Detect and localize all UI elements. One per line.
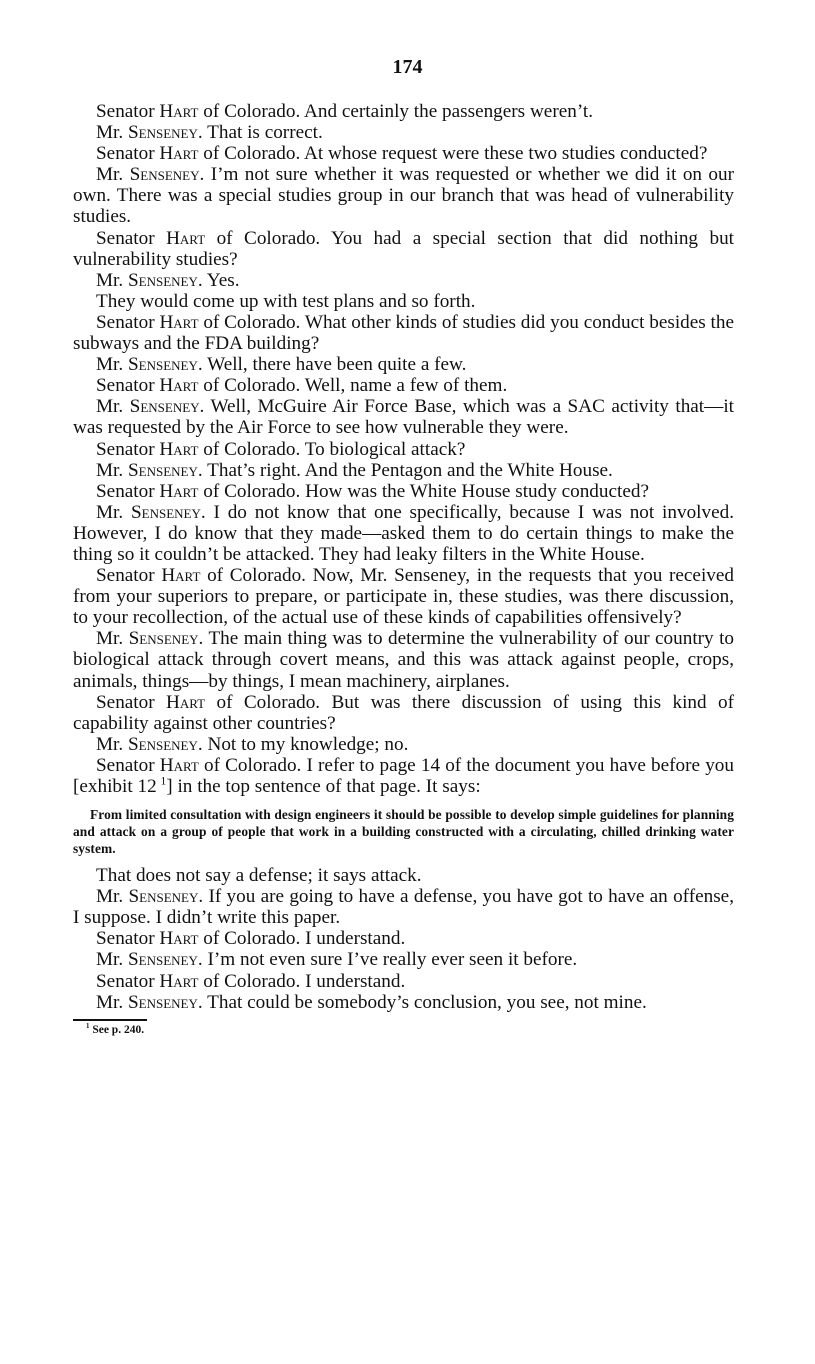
speaker-label: Mr. Senseney. xyxy=(96,502,214,523)
transcript-paragraph: That does not say a defense; it says att… xyxy=(73,865,734,886)
transcript-paragraph: Mr. Senseney. If you are going to have a… xyxy=(73,886,734,928)
paragraph-text: How was the White House study conducted? xyxy=(305,481,649,502)
speaker-label: Senator Hart of Colorado. xyxy=(96,228,331,249)
speaker-label: Senator Hart of Colorado. xyxy=(96,143,304,164)
speaker-label: Senator Hart of Colorado. xyxy=(96,971,305,992)
transcript-paragraph: Senator Hart of Colorado. How was the Wh… xyxy=(73,481,734,502)
transcript-paragraphs-after-quote: That does not say a defense; it says att… xyxy=(73,865,734,1013)
paragraph-text: I understand. xyxy=(305,971,405,992)
speaker-label: Senator Hart of Colorado. xyxy=(96,928,305,949)
speaker-label: Senator Hart of Colorado. xyxy=(96,375,305,396)
speaker-label: Mr. Senseney. xyxy=(96,628,208,649)
transcript-paragraph: Senator Hart of Colorado. At whose reque… xyxy=(73,143,734,164)
transcript-paragraph: Mr. Senseney. That’s right. And the Pent… xyxy=(73,460,734,481)
paragraph-text: That’s right. And the Pentagon and the W… xyxy=(207,460,613,481)
speaker-label: Mr. Senseney. xyxy=(96,354,207,375)
transcript-paragraph: Senator Hart of Colorado. I understand. xyxy=(73,971,734,992)
speaker-label: Senator Hart of Colorado. xyxy=(96,692,332,713)
speaker-label: Mr. Senseney. xyxy=(96,992,207,1013)
transcript-paragraph: Senator Hart of Colorado. But was there … xyxy=(73,692,734,734)
transcript-paragraph: Mr. Senseney. I do not know that one spe… xyxy=(73,502,734,565)
paragraph-text: Well, name a few of them. xyxy=(305,375,508,396)
paragraph-text: Yes. xyxy=(207,270,240,291)
speaker-label: Mr. Senseney. xyxy=(96,949,207,970)
transcript-paragraph: Senator Hart of Colorado. And certainly … xyxy=(73,101,734,122)
paragraph-text: To biological attack? xyxy=(305,439,466,460)
paragraph-text: That does not say a defense; it says att… xyxy=(96,865,422,886)
transcript-paragraph: Mr. Senseney. That is correct. xyxy=(73,122,734,143)
paragraph-text: Well, there have been quite a few. xyxy=(207,354,466,375)
speaker-label: Mr. Senseney. xyxy=(96,270,207,291)
speaker-label: Mr. Senseney. xyxy=(96,734,207,755)
transcript-paragraph: They would come up with test plans and s… xyxy=(73,291,734,312)
speaker-label: Mr. Senseney. xyxy=(96,886,208,907)
transcript-paragraph: Senator Hart of Colorado. What other kin… xyxy=(73,312,734,354)
transcript-paragraph: Senator Hart of Colorado. Now, Mr. Sense… xyxy=(73,565,734,628)
transcript-paragraph: Mr. Senseney. I’m not even sure I’ve rea… xyxy=(73,949,734,970)
paragraph-text: And certainly the passengers weren’t. xyxy=(304,101,593,122)
page-number: 174 xyxy=(0,56,815,79)
exhibit-reference-paragraph: Senator Hart of Colorado. I refer to pag… xyxy=(73,755,734,797)
speaker-label: Mr. Senseney. xyxy=(96,164,211,185)
paragraph-text: I’m not even sure I’ve really ever seen … xyxy=(207,949,577,970)
transcript-paragraph: Mr. Senseney. I’m not sure whether it wa… xyxy=(73,164,734,227)
transcript-paragraph: Mr. Senseney. Yes. xyxy=(73,270,734,291)
speaker-label: Senator Hart of Colorado. xyxy=(96,312,305,333)
speaker-label: Senator Hart of Colorado. xyxy=(96,565,313,586)
speaker-label: Mr. Senseney. xyxy=(96,460,207,481)
paragraph-text: They would come up with test plans and s… xyxy=(96,291,475,312)
transcript-paragraph: Mr. Senseney. Not to my knowledge; no. xyxy=(73,734,734,755)
speaker-label: Mr. Senseney. xyxy=(96,396,210,417)
hearing-transcript: Senator Hart of Colorado. And certainly … xyxy=(73,101,734,1037)
block-quote: From limited consultation with design en… xyxy=(73,806,734,857)
transcript-paragraph: Senator Hart of Colorado. To biological … xyxy=(73,439,734,460)
paragraph-text: Not to my knowledge; no. xyxy=(207,734,408,755)
transcript-paragraph: Mr. Senseney. Well, there have been quit… xyxy=(73,354,734,375)
speaker-label: Senator Hart of Colorado. xyxy=(96,101,304,122)
paragraph-text: That could be somebody’s conclusion, you… xyxy=(207,992,647,1013)
footnote: 1 See p. 240. xyxy=(73,1023,734,1037)
speaker-label: Mr. Senseney. xyxy=(96,122,207,143)
transcript-paragraph: Senator Hart of Colorado. You had a spec… xyxy=(73,228,734,270)
transcript-paragraph: Senator Hart of Colorado. Well, name a f… xyxy=(73,375,734,396)
footnote-divider xyxy=(73,1019,147,1021)
transcript-paragraph: Mr. Senseney. The main thing was to dete… xyxy=(73,628,734,691)
paragraph-text: At whose request were these two studies … xyxy=(304,143,707,164)
transcript-paragraph: Senator Hart of Colorado. I understand. xyxy=(73,928,734,949)
speaker-label: Senator Hart of Colorado. xyxy=(96,755,307,776)
transcript-paragraph: Mr. Senseney. Well, McGuire Air Force Ba… xyxy=(73,396,734,438)
transcript-paragraphs: Senator Hart of Colorado. And certainly … xyxy=(73,101,734,755)
speaker-label: Senator Hart of Colorado. xyxy=(96,481,305,502)
speaker-label: Senator Hart of Colorado. xyxy=(96,439,305,460)
transcript-paragraph: Mr. Senseney. That could be somebody’s c… xyxy=(73,992,734,1013)
paragraph-text: That is correct. xyxy=(207,122,323,143)
paragraph-text: I understand. xyxy=(305,928,405,949)
